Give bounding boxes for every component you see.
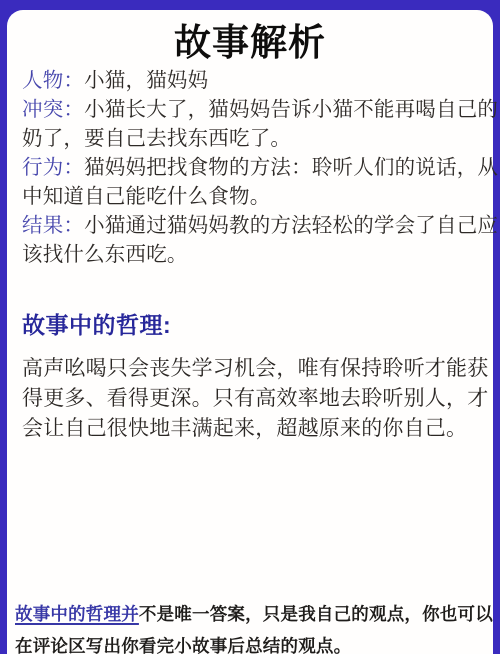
philosophy-line: 会让自己很快地丰满起来，超越原来的你自己。 [22, 413, 483, 443]
footer-line-2: 在评论区写出你看完小故事后总结的观点。 [15, 630, 487, 654]
footer-text: 不是唯一答案，只是我自己的观点，你也可以 [139, 604, 493, 624]
section-text: 中知道自己能吃什么食物。 [22, 186, 270, 208]
section-label-characters: 人物： [22, 70, 84, 92]
content-card: 故事解析 人物：小猫，猫妈妈 冲突：小猫长大了，猫妈妈告诉小猫不能再喝自己的 奶… [7, 10, 493, 654]
section-label-result: 结果： [22, 215, 84, 237]
section-result-line-2: 该找什么东西吃。 [22, 241, 483, 270]
section-label-conflict: 冲突： [22, 99, 84, 121]
section-characters-line: 人物：小猫，猫妈妈 [22, 67, 483, 96]
section-text: 小猫长大了，猫妈妈告诉小猫不能再喝自己的 [84, 99, 498, 121]
philosophy-heading: 故事中的哲理: [22, 307, 171, 340]
footer-note: 故事中的哲理并不是唯一答案，只是我自己的观点，你也可以 在评论区写出你看完小故事… [15, 598, 487, 654]
philosophy-line: 高声吆喝只会丧失学习机会，唯有保持聆听才能获 [22, 353, 483, 383]
section-text: 奶了，要自己去找东西吃了。 [22, 128, 291, 150]
section-conflict-line-2: 奶了，要自己去找东西吃了。 [22, 125, 483, 154]
footer-line-1: 故事中的哲理并不是唯一答案，只是我自己的观点，你也可以 [15, 598, 487, 630]
page-title: 故事解析 [7, 12, 493, 66]
section-text: 该找什么东西吃。 [22, 244, 188, 266]
section-behavior-line: 行为：猫妈妈把找食物的方法：聆听人们的说话，从 [22, 154, 483, 183]
section-text: 小猫，猫妈妈 [84, 70, 208, 92]
section-text: 猫妈妈把找食物的方法：聆听人们的说话，从 [84, 157, 498, 179]
footer-highlight-text: 故事中的哲理并 [15, 604, 139, 624]
section-label-behavior: 行为： [22, 157, 84, 179]
page-background: { "colors": { "background_purple": "#3a2… [0, 0, 500, 654]
section-text: 小猫通过猫妈妈教的方法轻松的学会了自己应 [84, 215, 498, 237]
story-sections: 人物：小猫，猫妈妈 冲突：小猫长大了，猫妈妈告诉小猫不能再喝自己的 奶了，要自己… [22, 67, 483, 270]
section-behavior-line-2: 中知道自己能吃什么食物。 [22, 183, 483, 212]
section-result-line: 结果：小猫通过猫妈妈教的方法轻松的学会了自己应 [22, 212, 483, 241]
section-conflict-line: 冲突：小猫长大了，猫妈妈告诉小猫不能再喝自己的 [22, 96, 483, 125]
philosophy-paragraph: 高声吆喝只会丧失学习机会，唯有保持聆听才能获 得更多、看得更深。只有高效率地去聆… [22, 353, 483, 443]
philosophy-line: 得更多、看得更深。只有高效率地去聆听别人，才 [22, 383, 483, 413]
footer-text: 在评论区写出你看完小故事后总结的观点。 [15, 636, 351, 654]
